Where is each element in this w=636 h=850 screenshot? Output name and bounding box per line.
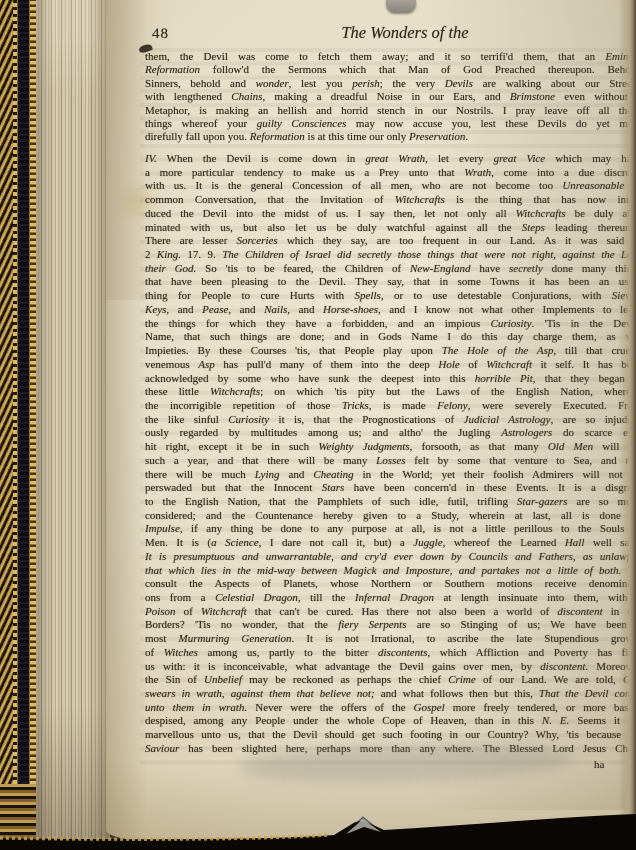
- text-line: ously regarded by multitudes among us; a…: [145, 427, 636, 441]
- gold-edge-trim: [0, 835, 328, 839]
- text-line: thing for People to cure Hurts with Spel…: [145, 290, 636, 304]
- text-line: unto them in wrath. Never were the offer…: [145, 702, 636, 716]
- text-line: swears in wrath, against them that belie…: [145, 688, 636, 702]
- paragraph-2: IV. When the Devil is come down in great…: [145, 153, 636, 757]
- text-line: Impieties. By these Courses 'tis, that P…: [145, 345, 636, 359]
- text-line: that which lies in the mid-way between M…: [145, 565, 636, 579]
- text-line: Borders? 'Tis no wonder, that the fiery …: [145, 619, 636, 633]
- text-line: with lengthened Chains, making a dreadfu…: [145, 91, 636, 104]
- cover-black-area: [0, 814, 636, 850]
- text-line: these little Witchcrafts; on which 'tis …: [145, 386, 636, 400]
- text-line: of Witches among us, partly to the bitte…: [145, 647, 636, 661]
- top-gray-tab: [386, 0, 416, 13]
- text-line: the like sinful Curiosity it is, that th…: [145, 414, 636, 428]
- text-line: direfully fall upon you. Reformation is …: [145, 131, 636, 144]
- text-line: that have been pleasing to the Devil. Th…: [145, 276, 636, 290]
- text-line: acknowledged by some who have sunk the d…: [145, 373, 636, 387]
- page-edge-shading: [36, 0, 110, 842]
- text-line: Reformation follow'd the Sermons which t…: [145, 64, 636, 77]
- text-line: with us. It is the general Concession of…: [145, 180, 636, 194]
- text-line: Poison of Witchcraft that can't be cured…: [145, 606, 636, 620]
- text-line: marvellous unto us, that the Devil shoul…: [145, 729, 636, 743]
- text-line: the Sin of Unbelief may be reckoned as p…: [145, 674, 636, 688]
- text-line: a more particular tendency to make us a …: [145, 167, 636, 181]
- spine-gold-filigree: [0, 0, 13, 784]
- text-line: common Conversation, that the Invitation…: [145, 194, 636, 208]
- text-line: venemous Asp has pull'd many of them int…: [145, 359, 636, 373]
- text-line: Metaphor, is making an hellish and horri…: [145, 105, 636, 118]
- text-line: them, the Devil was come to fetch them a…: [145, 51, 636, 64]
- text-line: consult the Aspects of Planets, whose No…: [145, 578, 636, 592]
- text-line: It is presumptuous and unwarrantable, an…: [145, 551, 636, 565]
- text-line: the things for which they have a forbidd…: [145, 318, 636, 332]
- text-line: the incorrigible repetition of those Tri…: [145, 400, 636, 414]
- text-line: Men. It is (a Science, I dare not call i…: [145, 537, 636, 551]
- page-number: 48: [152, 26, 169, 43]
- text-line: things whereof your guilty Consciences m…: [145, 118, 636, 131]
- text-line: Sinners, behold and wonder, lest you per…: [145, 78, 636, 91]
- text-line: 2 King. 17. 9. The Children of Israel di…: [145, 249, 636, 263]
- text-line: most Murmuring Generation. It is not Irr…: [145, 633, 636, 647]
- text-line: such a year, and that there will be many…: [145, 455, 636, 469]
- text-line: despised, among any People under the who…: [145, 715, 636, 729]
- text-line: considered; and the Countenance hereby g…: [145, 510, 636, 524]
- text-line: There are lesser Sorceries which they sa…: [145, 235, 636, 249]
- text-line: minated with us, but also let us be duly…: [145, 222, 636, 236]
- text-line: us with: it is inconceivable, what advan…: [145, 661, 636, 675]
- paragraph-1: them, the Devil was come to fetch them a…: [145, 51, 636, 145]
- text-line: IV. When the Devil is come down in great…: [145, 153, 636, 167]
- text-line: Keys, and Pease, and Nails, and Horse-sh…: [145, 304, 636, 318]
- text-line: Impulse, if any thing be done to any pur…: [145, 523, 636, 537]
- text-line: hit right, except it be in such Weighty …: [145, 441, 636, 455]
- spine-leather-band: [17, 0, 30, 784]
- bottom-cover-band: [0, 796, 636, 850]
- running-title: The Wonders of the: [298, 23, 512, 43]
- text-line: their God. So 'tis to be feared, the Chi…: [145, 263, 636, 277]
- text-line: ons from a Celestial Dragon, till the In…: [145, 592, 636, 606]
- text-line: Name, that such things are done; and in …: [145, 331, 636, 345]
- text-line: there will be much Lying and Cheating in…: [145, 469, 636, 483]
- text-line: perswaded but that the Innocent Stars ha…: [145, 482, 636, 496]
- text-line: to the English Nation, that the Pamphlet…: [145, 496, 636, 510]
- book-spine: [0, 0, 36, 850]
- text-line: duced the Devil into the midst of us. I …: [145, 208, 636, 222]
